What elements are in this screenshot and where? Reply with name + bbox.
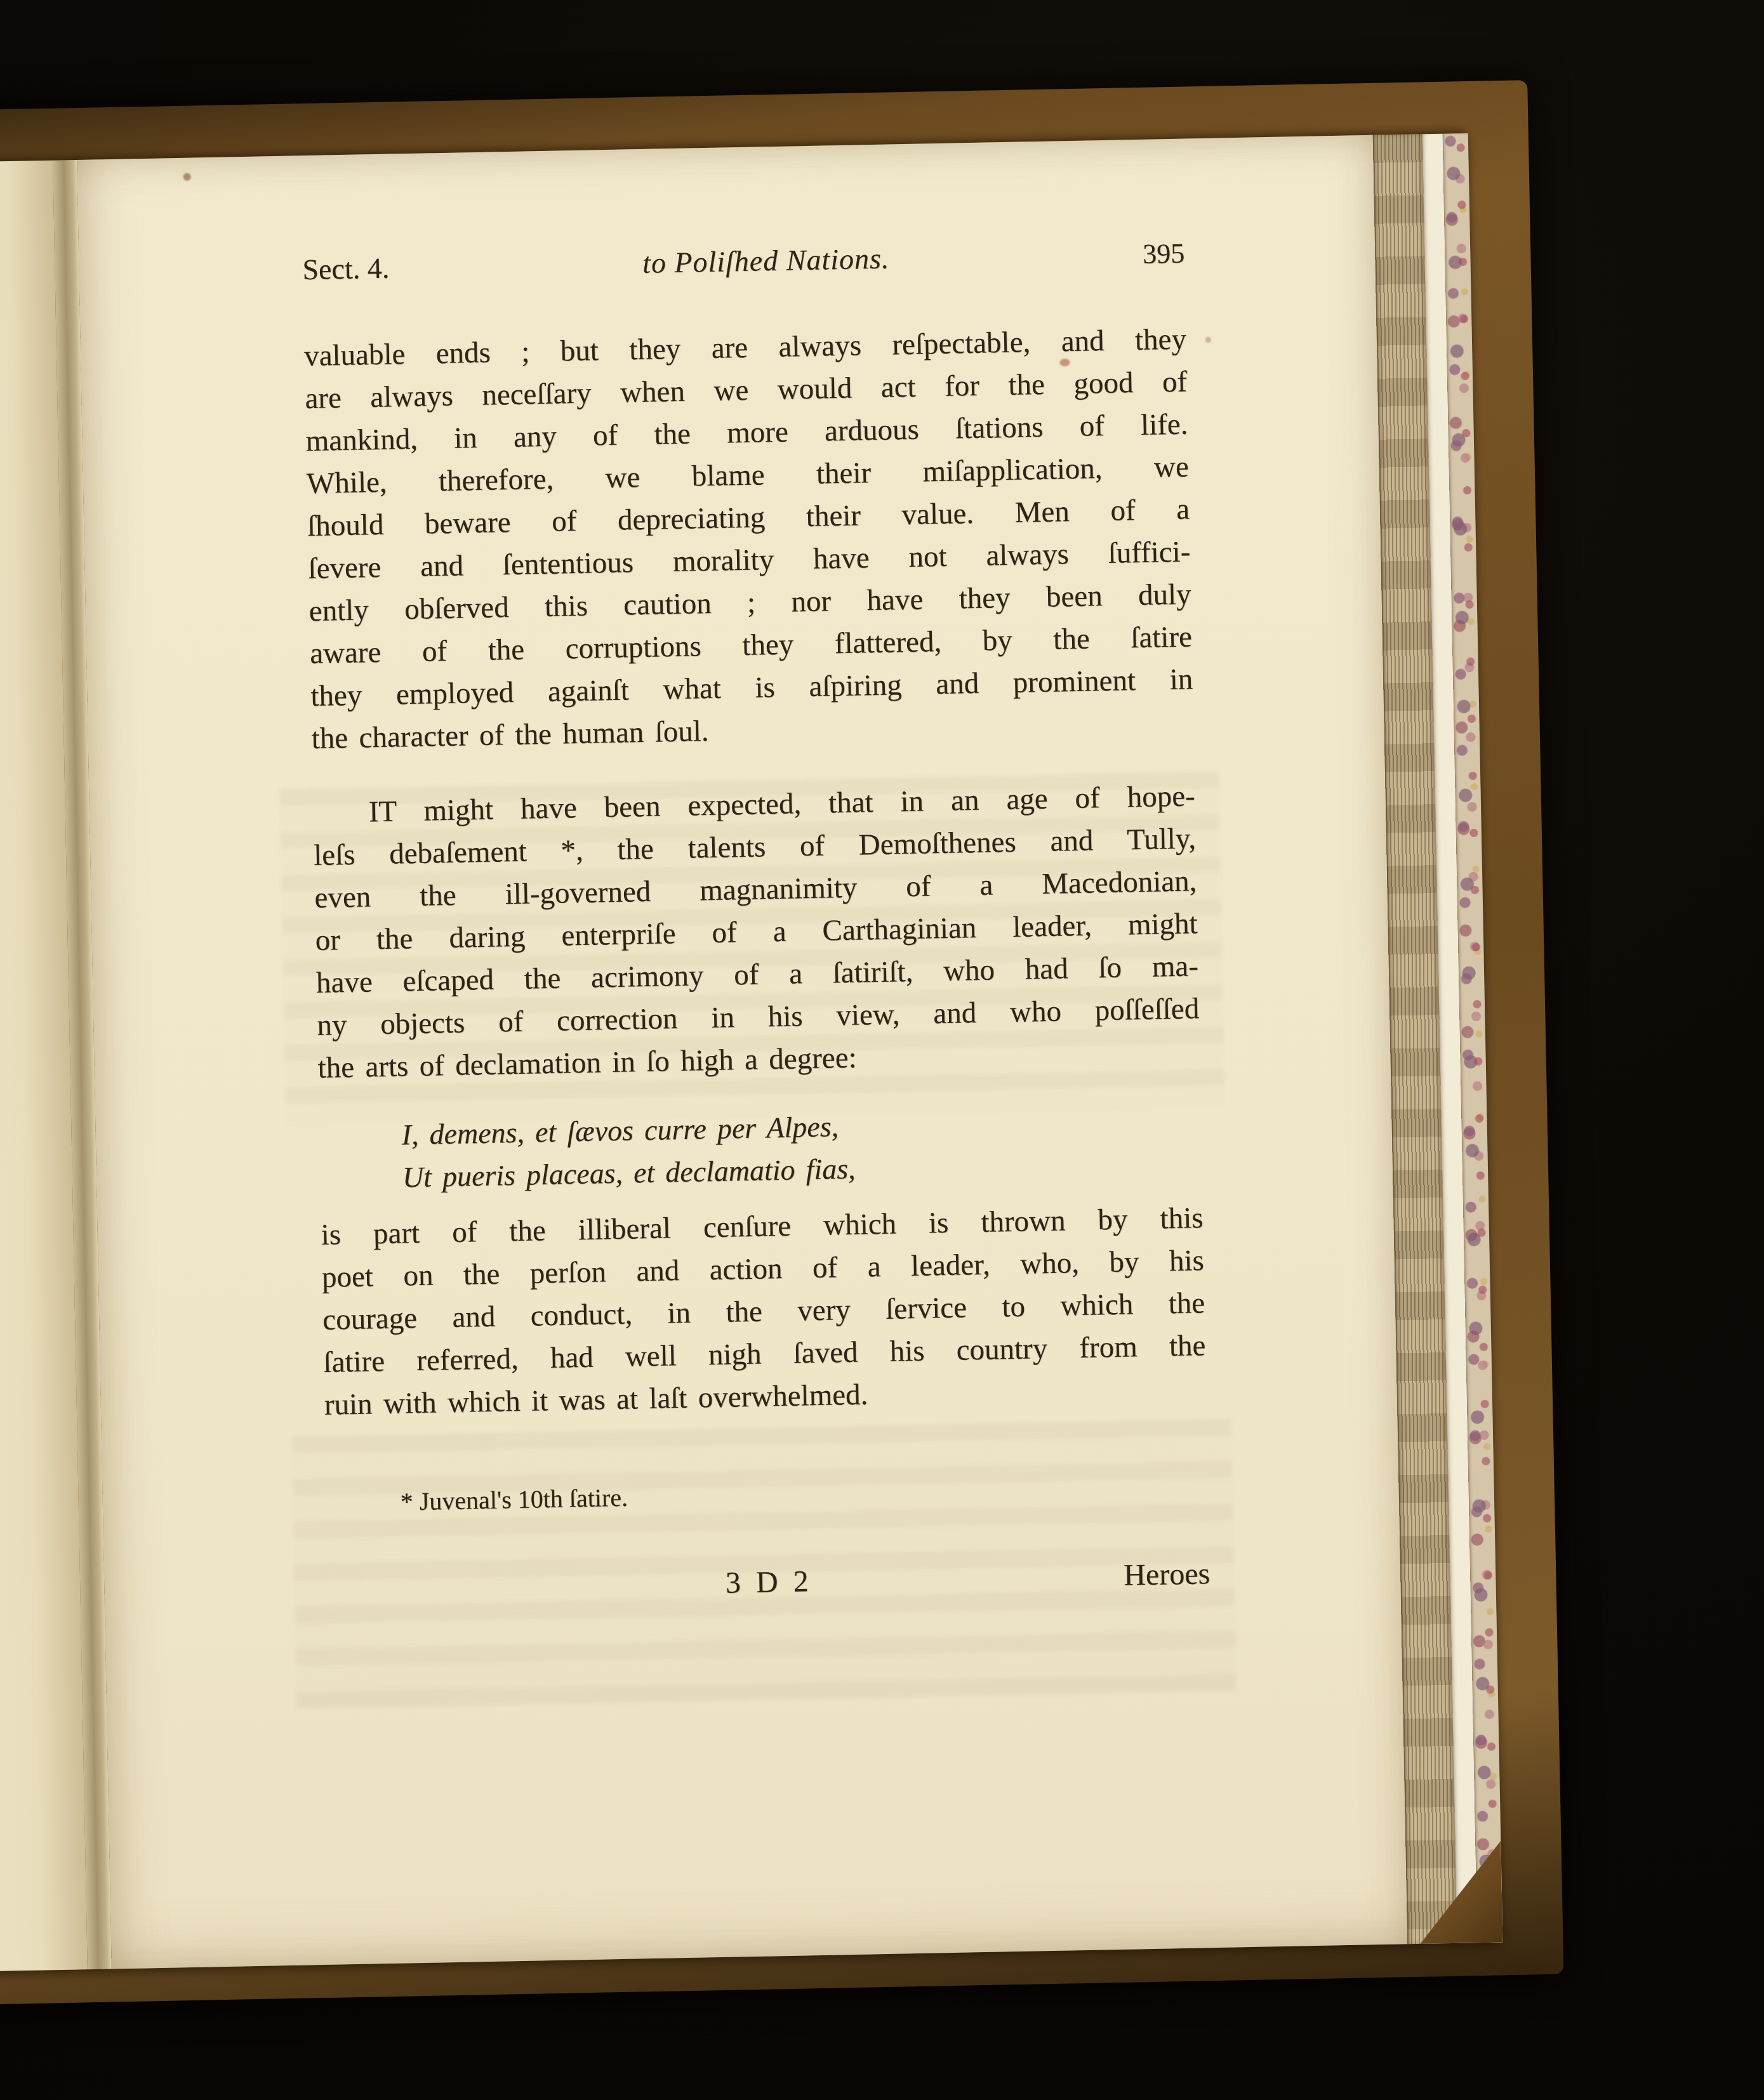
verse-quote: I, demens, et ſævos curre per Alpes,Ut p… <box>319 1098 1202 1200</box>
running-title: to Poliſhed Nations. <box>389 235 1143 287</box>
paragraph: IT might have been expected, that in an … <box>312 775 1200 1090</box>
section-label: Sect. 4. <box>302 249 390 289</box>
page-header: Sect. 4. to Poliſhed Nations. 395 <box>302 234 1185 290</box>
text-block: Sect. 4. to Poliſhed Nations. 395 valuab… <box>302 234 1210 1611</box>
book-page: Sect. 4. to Poliſhed Nations. 395 valuab… <box>77 135 1407 1969</box>
page-number: 395 <box>1143 235 1185 274</box>
body-text: valuable ends ; but they are always reſp… <box>303 319 1207 1427</box>
page-stack: Sect. 4. to Poliſhed Nations. 395 valuab… <box>0 133 1502 1972</box>
paragraph: valuable ends ; but they are always reſp… <box>303 319 1194 761</box>
book: Sect. 4. to Poliſhed Nations. 395 valuab… <box>0 80 1563 2005</box>
catchword: Heroes <box>1124 1554 1210 1595</box>
foxing-spot <box>183 173 191 181</box>
photo-backdrop: Sect. 4. to Poliſhed Nations. 395 valuab… <box>0 0 1764 2100</box>
signature-row: 3 D 2 Heroes <box>328 1554 1210 1611</box>
footnote: * Juvenal's 10th ſatire. <box>326 1472 1209 1518</box>
signature-mark: 3 D 2 <box>725 1562 812 1603</box>
foxing-spot <box>1205 337 1211 343</box>
paragraph: is part of the illiberal cenſure which i… <box>321 1197 1207 1427</box>
